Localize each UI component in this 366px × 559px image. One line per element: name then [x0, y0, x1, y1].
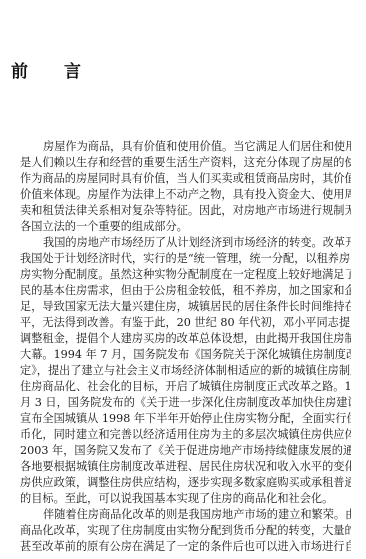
- paragraph-1: 房屋作为商品，具有价值和使用价值。当它满足人们居住和使用需要时， 是人们赖以生存…: [20, 139, 351, 235]
- document-body: 房屋作为商品，具有价值和使用价值。当它满足人们居住和使用需要时， 是人们赖以生存…: [20, 139, 351, 555]
- text-line: 房实物分配制度。虽然这种实物分配制度在一定程度上较好地满足了城镇居: [20, 267, 351, 283]
- text-line: 房供应政策，调整住房供应结构，逐步实现多数家庭购买或承租普通商品住房: [20, 475, 351, 491]
- text-line: 各地要根据城镇住房制度改革进程、居民住房状况和收入水平的变化，完善住: [20, 459, 351, 475]
- text-line: 我国的房地产市场经历了从计划经济到市场经济的转变。改革开放前，: [20, 235, 351, 251]
- text-line: 是人们赖以生存和经营的重要生活生产资料，这充分体现了房屋的使用价值。: [20, 155, 351, 171]
- text-line: 足，导致国家无法大量兴建住房，城镇居民的居住条件长时间维持在较低水: [20, 299, 351, 315]
- text-line: 币化，同时建立和完善以经济适用住房为主的多层次城镇住房供应体系。: [20, 427, 351, 443]
- text-line: 甚至改革前的原有公房在满足了一定的条件后也可以进入市场进行自由交: [20, 539, 351, 555]
- text-line: 2003 年，国务院又发布了《关于促进房地产市场持续健康发展的通知》，提出: [20, 443, 351, 459]
- text-line: 各国立法的一个重要的组成部分。: [20, 219, 351, 235]
- text-line: 调整租金，提倡个人建房买房的改革总体设想，由此揭开我国住房制度改革的: [20, 331, 351, 347]
- text-line: 作为商品的房屋同时具有价值，当人们买卖或租赁商品房时，其价值通过交换: [20, 171, 351, 187]
- text-line: 的目标。至此，可以说我国基本实现了住房的商品化和社会化。: [20, 491, 351, 507]
- text-line: 平，无法得到改善。有鉴于此，20 世纪 80 年代初，邓小平同志提出出售公房，: [20, 315, 351, 331]
- text-line: 住房商品化、社会化的目标，开启了城镇住房制度正式改革之路。1998 年 7: [20, 379, 351, 395]
- paragraph-3: 伴随着住房商品化改革的则是我国房地产市场的建立和繁荣。由于住房 商品化改革，实现…: [20, 507, 351, 555]
- text-line: 民的基本住房需求，但由于公房租金较低，租不养房，加之国家和企业财力不: [20, 283, 351, 299]
- paragraph-2: 我国的房地产市场经历了从计划经济到市场经济的转变。改革开放前， 我国处于计划经济…: [20, 235, 351, 507]
- text-line: 大幕。1994 年 7 月，国务院发布《国务院关于深化城镇住房制度改革的决: [20, 347, 351, 363]
- text-line: 我国处于计划经济时代，实行的是“统一管理，统一分配，以租养房”的公有住: [20, 251, 351, 267]
- text-line: 价值来体现。房屋作为法律上不动产之物，具有投入资金大、使用周期长、买: [20, 187, 351, 203]
- text-line: 商品化改革，实现了住房制度由实物分配到货币分配的转变，大量的新建住房: [20, 523, 351, 539]
- text-line: 伴随着住房商品化改革的则是我国房地产市场的建立和繁荣。由于住房: [20, 507, 351, 523]
- text-line: 定》，提出了建立与社会主义市场经济体制相适应的新的城镇住房制度，实现: [20, 363, 351, 379]
- text-line: 房屋作为商品，具有价值和使用价值。当它满足人们居住和使用需要时，: [20, 139, 351, 155]
- page-title: 前言: [11, 62, 117, 82]
- text-line: 宣布全国城镇从 1998 年下半年开始停止住房实物分配，全面实行住房分配货: [20, 411, 351, 427]
- text-line: 卖和租赁法律关系相对复杂等特征。因此，对房地产市场进行规制无不成为: [20, 203, 351, 219]
- text-line: 月 3 日，国务院发布的《关于进一步深化住房制度改革加快住房建设的通知》，: [20, 395, 351, 411]
